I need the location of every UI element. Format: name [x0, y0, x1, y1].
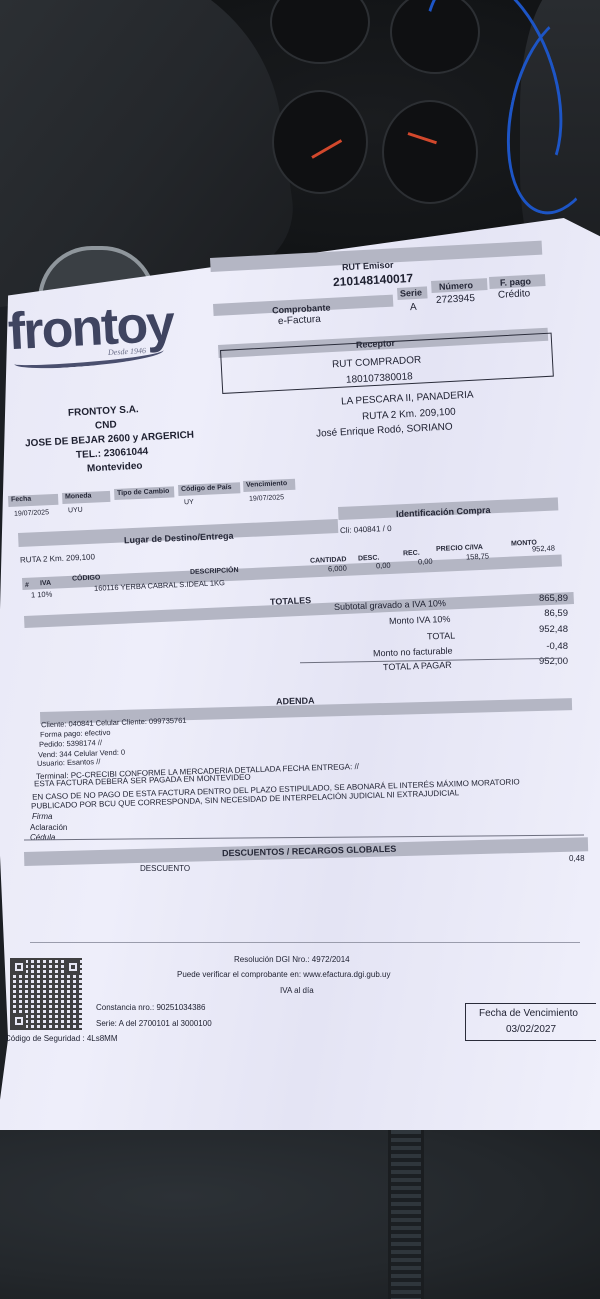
- adenda-label: ADENDA: [276, 695, 315, 706]
- item-num-iva: 1 10%: [31, 590, 53, 600]
- serie-label: Serie: [400, 287, 423, 298]
- numero-value: 2723945: [436, 293, 475, 306]
- security-code: Código de Seguridad : 4Ls8MM: [5, 1034, 118, 1043]
- item-desc: 0,00: [376, 561, 391, 571]
- totals-value-1: 86,59: [544, 608, 568, 619]
- fleece-jacket: [0, 1128, 600, 1299]
- items-header-1: IVA: [40, 580, 51, 587]
- totals-label: TOTALES: [270, 595, 312, 607]
- comprobante-value: e-Factura: [278, 314, 321, 327]
- totals-label-1: Monto IVA 10%: [389, 614, 451, 626]
- footer-divider: [30, 942, 580, 943]
- fpago-value: Crédito: [498, 288, 531, 301]
- fpago-label: F. pago: [500, 276, 531, 288]
- info-header-0: Fecha: [11, 496, 32, 504]
- totals-value-3: -0,48: [546, 641, 568, 652]
- vencimiento-label: Fecha de Vencimiento: [479, 1008, 578, 1019]
- item-rec: 0,00: [418, 557, 433, 567]
- resolucion: Resolución DGI Nro.: 4972/2014: [234, 955, 350, 964]
- totals-label-2: TOTAL: [427, 631, 456, 642]
- items-header-2: CÓDIGO: [72, 574, 101, 582]
- issuer-cnd: CND: [95, 419, 117, 431]
- items-header-6: REC.: [403, 550, 420, 558]
- items-header-0: #: [25, 582, 29, 589]
- totals-value-2: 952,48: [539, 624, 568, 635]
- aclaracion-label: Aclaración: [30, 823, 67, 832]
- numero-label: Número: [439, 280, 473, 292]
- constancia: Constancia nro.: 90251034386: [96, 1003, 205, 1012]
- item-monto: 952,48: [532, 544, 555, 554]
- verify-link[interactable]: Puede verificar el comprobante en: www.e…: [177, 970, 390, 979]
- serie-range: Serie: A del 2700101 al 3000100: [96, 1019, 212, 1028]
- zipper: [388, 1130, 424, 1299]
- temperature-gauge-icon: [272, 90, 368, 194]
- firma-label: Firma: [32, 812, 52, 821]
- item-precio: 158,75: [466, 552, 489, 562]
- vencimiento-value: 03/02/2027: [506, 1024, 556, 1035]
- item-cantidad: 6,000: [328, 564, 347, 574]
- cedula-label: Cédula: [30, 833, 55, 842]
- info-value-3: UY: [184, 499, 194, 506]
- totals-value-0: 865,89: [539, 593, 568, 604]
- discount-label: DESCUENTO: [140, 864, 190, 873]
- qr-code-icon: [10, 958, 82, 1030]
- discount-value: 0,48: [569, 854, 585, 863]
- iva-status: IVA al día: [280, 986, 314, 995]
- info-value-1: UYU: [68, 507, 83, 515]
- info-header-1: Moneda: [65, 492, 92, 500]
- serie-value: A: [410, 302, 417, 313]
